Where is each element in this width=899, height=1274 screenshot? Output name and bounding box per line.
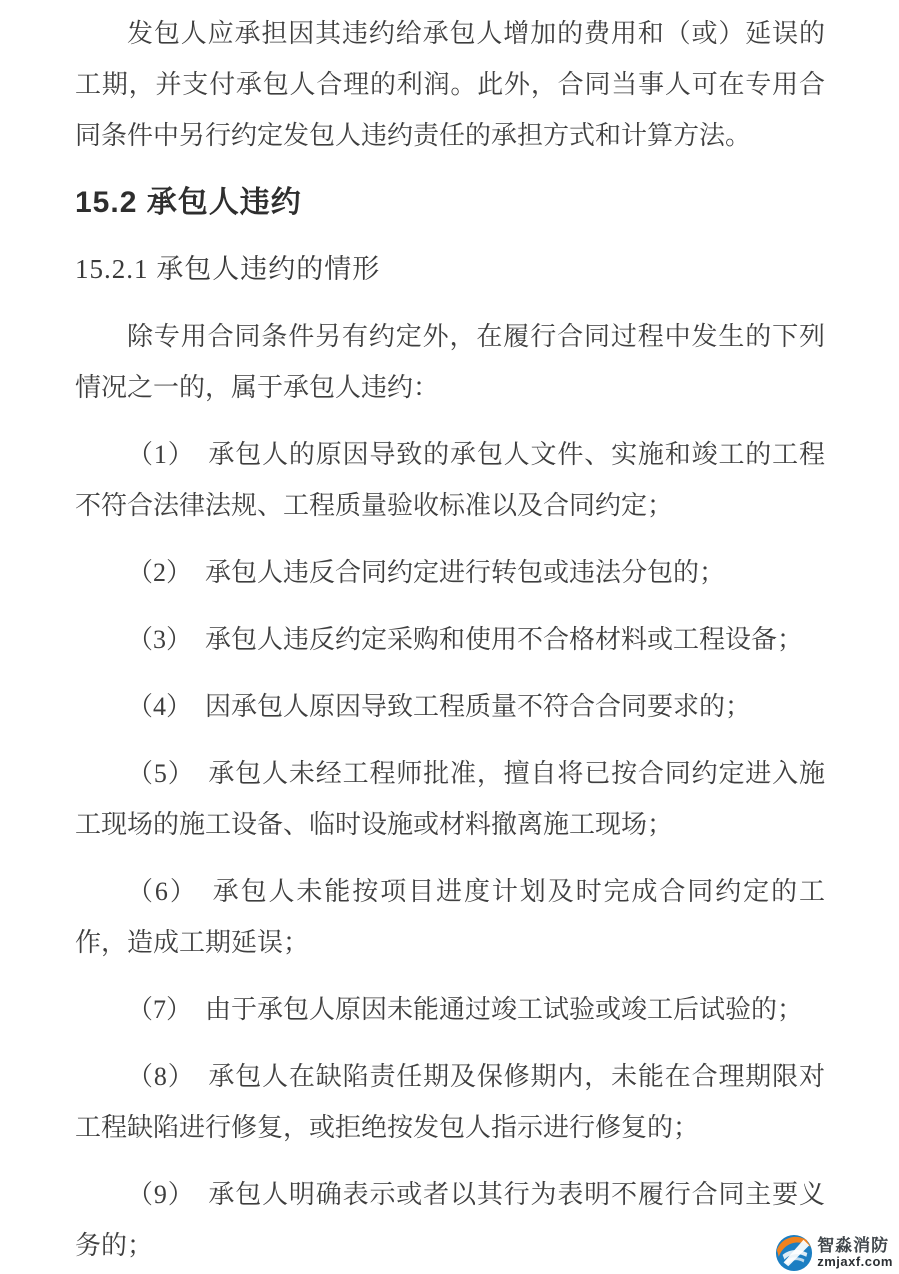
brand-watermark: 智淼消防 zmjaxf.com — [775, 1234, 893, 1272]
list-item-9: （9） 承包人明确表示或者以其行为表明不履行合同主要义务的； — [75, 1169, 825, 1271]
list-item-5: （5） 承包人未经工程师批准，擅自将已按合同约定进入施工现场的施工设备、临时设施… — [75, 748, 825, 850]
section-heading: 15.2 承包人违约 — [75, 177, 825, 228]
subsection-heading: 15.2.1 承包人违约的情形 — [75, 244, 825, 295]
list-item-2: （2） 承包人违反合同约定进行转包或违法分包的； — [75, 547, 825, 598]
list-item-4: （4） 因承包人原因导致工程质量不符合合同要求的； — [75, 681, 825, 732]
paragraph-intro: 发包人应承担因其违约给承包人增加的费用和（或）延误的工期，并支付承包人合理的利润… — [75, 8, 825, 161]
list-item-3: （3） 承包人违反约定采购和使用不合格材料或工程设备； — [75, 614, 825, 665]
brand-name: 智淼消防 — [817, 1237, 893, 1256]
paragraph-lead: 除专用合同条件另有约定外，在履行合同过程中发生的下列情况之一的，属于承包人违约： — [75, 311, 825, 413]
document-page: 发包人应承担因其违约给承包人增加的费用和（或）延误的工期，并支付承包人合理的利润… — [0, 0, 899, 1274]
brand-url: zmjaxf.com — [817, 1255, 893, 1269]
list-item-1: （1） 承包人的原因导致的承包人文件、实施和竣工的工程不符合法律法规、工程质量验… — [75, 429, 825, 531]
brand-logo-icon — [775, 1234, 813, 1272]
list-item-8: （8） 承包人在缺陷责任期及保修期内，未能在合理期限对工程缺陷进行修复，或拒绝按… — [75, 1051, 825, 1153]
brand-text-block: 智淼消防 zmjaxf.com — [817, 1237, 893, 1270]
list-item-7: （7） 由于承包人原因未能通过竣工试验或竣工后试验的； — [75, 984, 825, 1035]
list-item-6: （6） 承包人未能按项目进度计划及时完成合同约定的工作，造成工期延误； — [75, 866, 825, 968]
document-content: 发包人应承担因其违约给承包人增加的费用和（或）延误的工期，并支付承包人合理的利润… — [0, 0, 899, 1271]
